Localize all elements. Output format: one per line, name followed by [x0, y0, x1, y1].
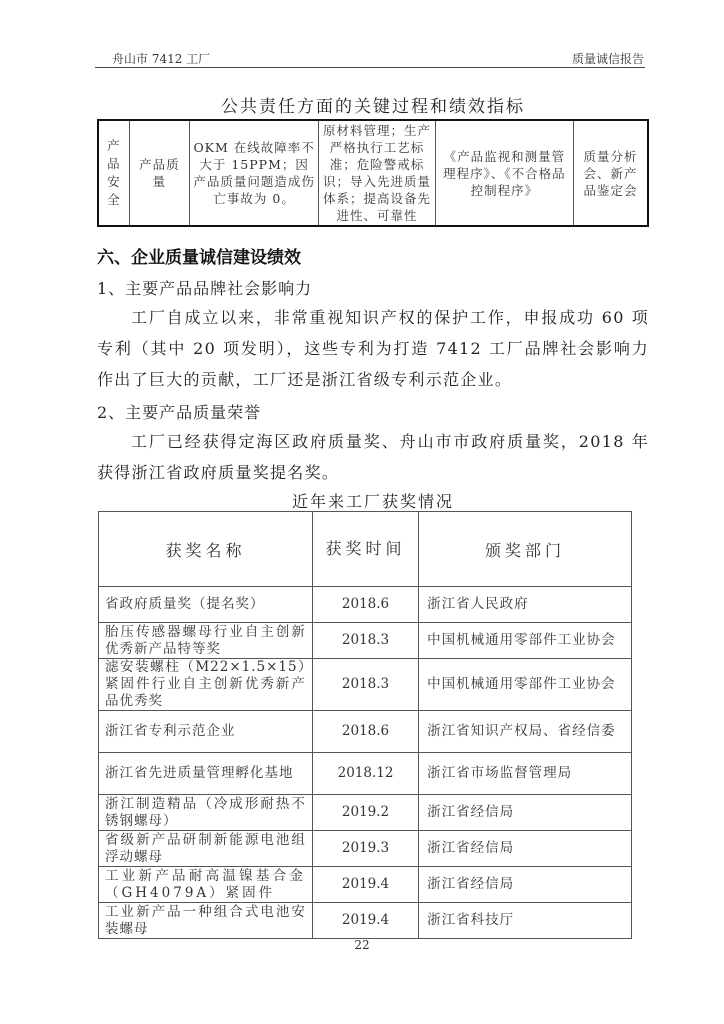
table-header-row: 获奖名称 获奖时间 颁奖部门 — [99, 512, 632, 587]
paragraph-quality-honors: 工厂已经获得定海区政府质量奖、舟山市市政府质量奖，2018 年获得浙江省政府质量… — [97, 426, 649, 488]
table-row: 浙江省专利示范企业 2018.6 浙江省知识产权局、省经信委 — [99, 711, 632, 753]
cell-item: 产品质量 — [129, 120, 189, 226]
table-row: 工业新产品一种组合式电池安装螺母 2019.4 浙江省科技厅 — [99, 903, 632, 939]
awards-table-caption: 近年来工厂获奖情况 — [97, 489, 649, 512]
cell-documents: 《产品监视和测量管理程序》、《不合格品控制程序》 — [435, 120, 573, 226]
award-dept: 中国机械通用零部件工业协会 — [419, 659, 632, 711]
cell-meetings: 质量分析会、新产品鉴定会 — [573, 120, 648, 226]
award-name: 工业新产品耐高温镍基合金（GH4079A）紧固件 — [99, 867, 313, 903]
award-dept: 浙江省科技厅 — [419, 903, 632, 939]
paragraph-brand-influence: 工厂自成立以来，非常重视知识产权的保护工作，申报成功 60 项专利（其中 20 … — [97, 302, 649, 395]
table-row: 工业新产品耐高温镍基合金（GH4079A）紧固件 2019.4 浙江省经信局 — [99, 867, 632, 903]
cell-category: 产品安全 — [98, 120, 129, 226]
award-name: 胎压传感器螺母行业自主创新优秀新产品特等奖 — [99, 623, 313, 659]
award-dept: 浙江省经信局 — [419, 831, 632, 867]
award-date: 2018.6 — [312, 587, 418, 623]
header-right-title: 质量诚信报告 — [572, 50, 644, 67]
award-date: 2019.4 — [312, 867, 418, 903]
header-award-name: 获奖名称 — [99, 512, 313, 587]
header-award-dept: 颁奖部门 — [419, 512, 632, 587]
award-date: 2019.4 — [312, 903, 418, 939]
subheading-brand-influence: 1、主要产品品牌社会影响力 — [97, 276, 312, 299]
table-row: 浙江制造精品（冷成形耐热不锈钢螺母） 2019.2 浙江省经信局 — [99, 795, 632, 831]
award-name: 浙江制造精品（冷成形耐热不锈钢螺母） — [99, 795, 313, 831]
award-date: 2018.3 — [312, 623, 418, 659]
page-number: 22 — [0, 938, 724, 952]
table-row: 浙江省先进质量管理孵化基地 2018.12 浙江省市场监督管理局 — [99, 753, 632, 795]
award-dept: 中国机械通用零部件工业协会 — [419, 623, 632, 659]
award-dept: 浙江省知识产权局、省经信委 — [419, 711, 632, 753]
table-row: 产品安全 产品质量 OKM 在线故障率不大于 15PPM；因产品质量问题造成伤亡… — [98, 120, 648, 226]
table-row: 省级新产品研制新能源电池组浮动螺母 2019.3 浙江省经信局 — [99, 831, 632, 867]
table1-title: 公共责任方面的关键过程和绩效指标 — [97, 92, 649, 117]
award-name: 省级新产品研制新能源电池组浮动螺母 — [99, 831, 313, 867]
award-name: 滤安装螺柱（M22×1.5×15）紧固件行业自主创新优秀新产品优秀奖 — [99, 659, 313, 711]
section-heading: 六、企业质量诚信建设绩效 — [97, 243, 301, 268]
table-row: 滤安装螺柱（M22×1.5×15）紧固件行业自主创新优秀新产品优秀奖 2018.… — [99, 659, 632, 711]
award-date: 2019.3 — [312, 831, 418, 867]
award-name: 浙江省专利示范企业 — [99, 711, 313, 753]
award-date: 2018.12 — [312, 753, 418, 795]
header-left-org: 舟山市 7412 工厂 — [112, 50, 210, 67]
awards-table: 获奖名称 获奖时间 颁奖部门 省政府质量奖（提名奖） 2018.6 浙江省人民政… — [98, 511, 632, 939]
award-name: 浙江省先进质量管理孵化基地 — [99, 753, 313, 795]
award-dept: 浙江省市场监督管理局 — [419, 753, 632, 795]
award-date: 2018.6 — [312, 711, 418, 753]
table-row: 胎压传感器螺母行业自主创新优秀新产品特等奖 2018.3 中国机械通用零部件工业… — [99, 623, 632, 659]
award-date: 2018.3 — [312, 659, 418, 711]
table-row: 省政府质量奖（提名奖） 2018.6 浙江省人民政府 — [99, 587, 632, 623]
public-responsibility-table: 产品安全 产品质量 OKM 在线故障率不大于 15PPM；因产品质量问题造成伤亡… — [97, 119, 649, 227]
award-dept: 浙江省经信局 — [419, 867, 632, 903]
cell-process: 原材料管理；生产严格执行工艺标准；危险警戒标识；导入先进质量体系；提高设备先进性… — [319, 120, 436, 226]
header-divider — [95, 67, 645, 68]
award-name: 省政府质量奖（提名奖） — [99, 587, 313, 623]
award-dept: 浙江省经信局 — [419, 795, 632, 831]
award-dept: 浙江省人民政府 — [419, 587, 632, 623]
subheading-quality-honors: 2、主要产品质量荣誉 — [97, 400, 261, 423]
award-name: 工业新产品一种组合式电池安装螺母 — [99, 903, 313, 939]
header-award-date: 获奖时间 — [312, 512, 418, 587]
award-date: 2019.2 — [312, 795, 418, 831]
cell-indicator: OKM 在线故障率不大于 15PPM；因产品质量问题造成伤亡事故为 0。 — [189, 120, 318, 226]
